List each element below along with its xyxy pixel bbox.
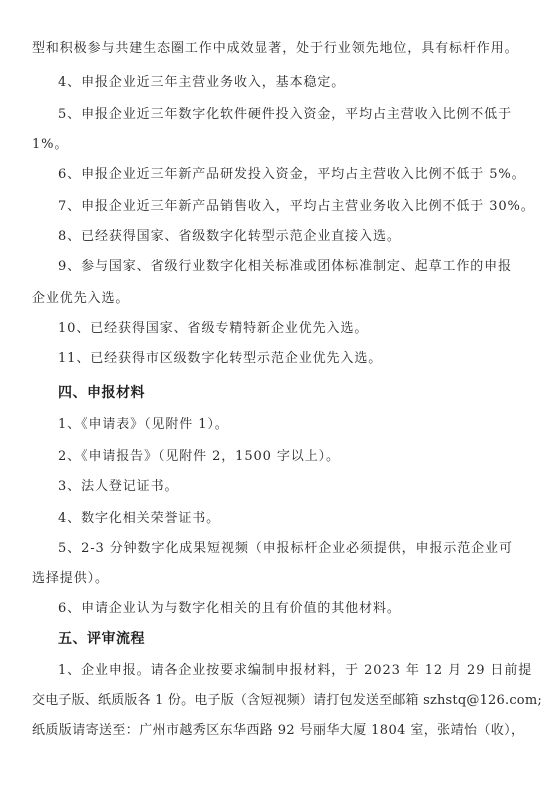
paragraph-line-continuation: 企业优先入选。 xyxy=(32,290,129,308)
material-item-5: 5、2-3 分钟数字化成果短视频（申报标杆企业必须提供，申报示范企业可 xyxy=(58,540,513,558)
material-item-2: 2、《申请报告》（见附件 2，1500 字以上）。 xyxy=(58,448,340,466)
material-item-6: 6、申请企业认为与数字化相关的且有价值的其他材料。 xyxy=(58,600,401,618)
criteria-item-4: 4、申报企业近三年主营业务收入，基本稳定。 xyxy=(58,74,345,92)
criteria-item-6: 6、申报企业近三年新产品研发投入资金，平均占主营收入比例不低于 5%。 xyxy=(58,166,526,184)
section-heading-review-process: 五、评审流程 xyxy=(58,630,145,648)
material-item-1: 1、《申请表》（见附件 1）。 xyxy=(58,416,229,434)
criteria-item-8: 8、已经获得国家、省级数字化转型示范企业直接入选。 xyxy=(58,228,401,246)
paragraph-line-continuation: 纸质版请寄送至：广州市越秀区东华西路 92 号丽华大厦 1804 室，张靖怡（收… xyxy=(32,722,524,740)
criteria-item-5: 5、申报企业近三年数字化软件硬件投入资金，平均占主营收入比例不低于 xyxy=(58,106,512,124)
paragraph-line-continuation: 型和积极参与共建生态圈工作中成效显著，处于行业领先地位，具有标杆作用。 xyxy=(32,40,519,58)
paragraph-line-continuation: 选择提供）。 xyxy=(32,570,109,588)
criteria-item-11: 11、已经获得市区级数字化转型示范企业优先入选。 xyxy=(58,350,382,368)
paragraph-line-continuation: 交电子版、纸质版各 1 份。电子版（含短视频）请打包发送至邮箱 szhstq@1… xyxy=(32,692,542,710)
material-item-3: 3、法人登记证书。 xyxy=(58,478,178,496)
material-item-4: 4、数字化相关荣誉证书。 xyxy=(58,510,220,528)
section-heading-materials: 四、申报材料 xyxy=(58,384,145,402)
criteria-item-10: 10、已经获得国家、省级专精特新企业优先入选。 xyxy=(58,320,368,338)
process-item-1: 1、企业申报。请各企业按要求编制申报材料，于 2023 年 12 月 29 日前… xyxy=(58,662,532,680)
criteria-item-7: 7、申报企业近三年新产品销售收入，平均占主营业务收入比例不低于 30%。 xyxy=(58,198,535,216)
document-page: 型和积极参与共建生态圈工作中成效显著，处于行业领先地位，具有标杆作用。 4、申报… xyxy=(0,0,550,812)
criteria-item-9: 9、参与国家、省级行业数字化相关标准或团体标准制定、起草工作的申报 xyxy=(58,258,512,276)
paragraph-line-continuation: 1%。 xyxy=(32,136,68,154)
